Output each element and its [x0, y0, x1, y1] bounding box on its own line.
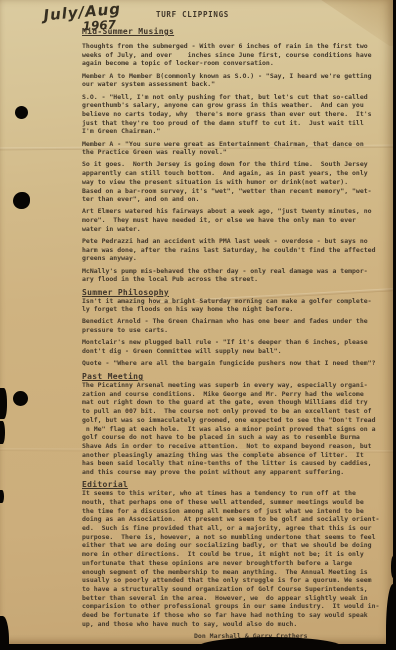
- paper-edge-shading: [0, 0, 393, 644]
- torn-edge-left: [0, 421, 5, 444]
- ink-blot: [13, 192, 30, 209]
- ink-blot: [15, 106, 28, 119]
- torn-edge-left: [0, 490, 4, 503]
- scan-background: July/Aug 1967 TURF CLIPPINGS Mid-Summer …: [0, 0, 396, 650]
- torn-edge-left: [0, 388, 7, 419]
- ink-blot: [13, 391, 28, 406]
- torn-edge-right: [391, 556, 396, 578]
- newsletter-page: July/Aug 1967 TURF CLIPPINGS Mid-Summer …: [0, 0, 393, 644]
- torn-edge-right: [386, 584, 396, 650]
